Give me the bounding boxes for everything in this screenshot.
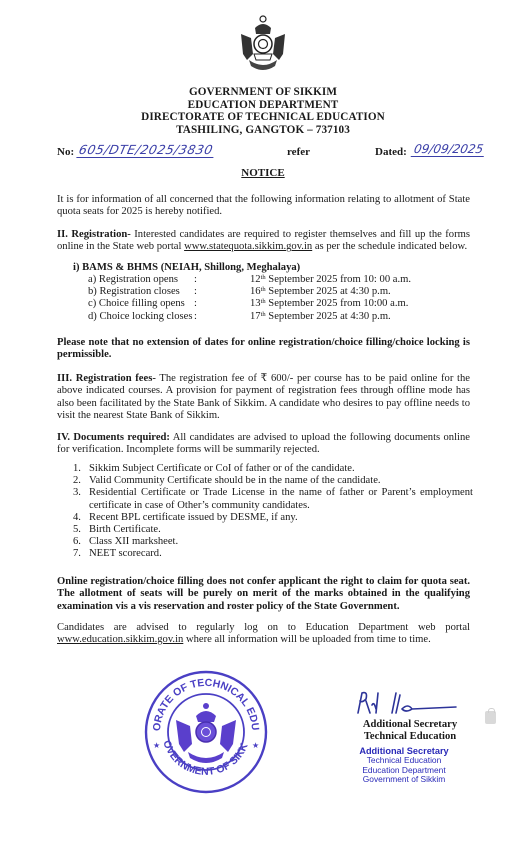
list-item: 3.Residential Certificate or Trade Licen… [73,487,473,511]
reference-no-value: 605/DTE/2025/3830 [76,142,216,158]
list-item: 5.Birth Certificate. [73,524,473,536]
documents-heading: IV. Documents required: [57,432,170,443]
conferral-disclaimer: Online registration/choice filling does … [57,576,470,613]
dated-label: Dated: [375,146,407,158]
statequota-portal-link[interactable]: www.statequota.sikkim.gov.in [184,241,312,252]
signature-icon [352,687,462,719]
header-department: EDUCATION DEPARTMENT [0,99,526,112]
schedule-label: c) Choice filling opens [88,298,194,310]
schedule-colon: : [194,311,250,323]
portal-paragraph: Candidates are advised to regularly log … [57,622,470,647]
list-item: 6.Class XII marksheet. [73,536,473,548]
reference-no-label: No: [57,146,74,158]
directorate-seal-icon: DIRECTORATE OF TECHNICAL EDUCATION GOVER… [142,668,270,796]
schedule-row: a) Registration opens : 12th September 2… [88,274,468,286]
lock-icon [485,711,496,724]
no-extension-note: Please note that no extension of dates f… [57,337,470,362]
registration-schedule: a) Registration opens : 12th September 2… [88,274,468,323]
schedule-date: 13th September 2025 from 10:00 a.m. [250,298,408,310]
schedule-label: d) Choice locking closes [88,311,194,323]
dated-value: 09/09/2025 [411,142,487,157]
intro-paragraph: It is for information of all concerned t… [57,194,470,219]
schedule-colon: : [194,298,250,310]
schedule-label: a) Registration opens [88,274,194,286]
documents-list: 1.Sikkim Subject Certificate or CoI of f… [73,463,473,561]
reference-row: No: 605/DTE/2025/3830 refer Dated: 09/09… [0,142,526,162]
portal-text: Candidates are advised to regularly log … [57,622,470,633]
schedule-row: d) Choice locking closes : 17th Septembe… [88,311,468,323]
schedule-row: b) Registration closes : 16th September … [88,286,468,298]
course-title: i) BAMS & BHMS (NEIAH, Shillong, Meghala… [73,262,300,273]
list-item: 4.Recent BPL certificate issued by DESME… [73,512,473,524]
schedule-colon: : [194,286,250,298]
signatory-department: Technical Education [340,731,480,743]
schedule-row: c) Choice filling opens : 13th September… [88,298,468,310]
header-directorate: DIRECTORATE OF TECHNICAL EDUCATION [0,111,526,124]
schedule-colon: : [194,274,250,286]
schedule-date: 12th September 2025 from 10: 00 a.m. [250,274,411,286]
refer-label: refer [287,146,310,158]
sikkim-emblem-icon [237,14,289,76]
svg-text:★: ★ [153,741,160,750]
list-item: 2.Valid Community Certificate should be … [73,475,473,487]
registration-paragraph: II. Registration- Interested candidates … [57,229,470,254]
portal-text-end: where all information will be uploaded f… [183,634,430,645]
header-government: GOVERNMENT OF SIKKIM [0,86,526,99]
registration-heading: II. Registration- [57,229,131,240]
official-stamp: Additional Secretary Technical Education… [344,747,464,785]
schedule-label: b) Registration closes [88,286,194,298]
fees-paragraph: III. Registration fees- The registration… [57,373,470,422]
header-address: TASHILING, GANGTOK – 737103 [0,124,526,137]
education-portal-link[interactable]: www.education.sikkim.gov.in [57,634,183,645]
list-item: 7.NEET scorecard. [73,548,473,560]
notice-title: NOTICE [0,167,526,179]
schedule-date: 16th September 2025 at 4:30 p.m. [250,286,391,298]
schedule-date: 17th September 2025 at 4:30 p.m. [250,311,391,323]
documents-paragraph: IV. Documents required: All candidates a… [57,432,470,457]
signatory-title: Additional Secretary [340,719,480,731]
fees-heading: III. Registration fees- [57,373,156,384]
registration-text-end: as per the schedule indicated below. [312,241,467,252]
svg-text:★: ★ [252,741,259,750]
list-item: 1.Sikkim Subject Certificate or CoI of f… [73,463,473,475]
